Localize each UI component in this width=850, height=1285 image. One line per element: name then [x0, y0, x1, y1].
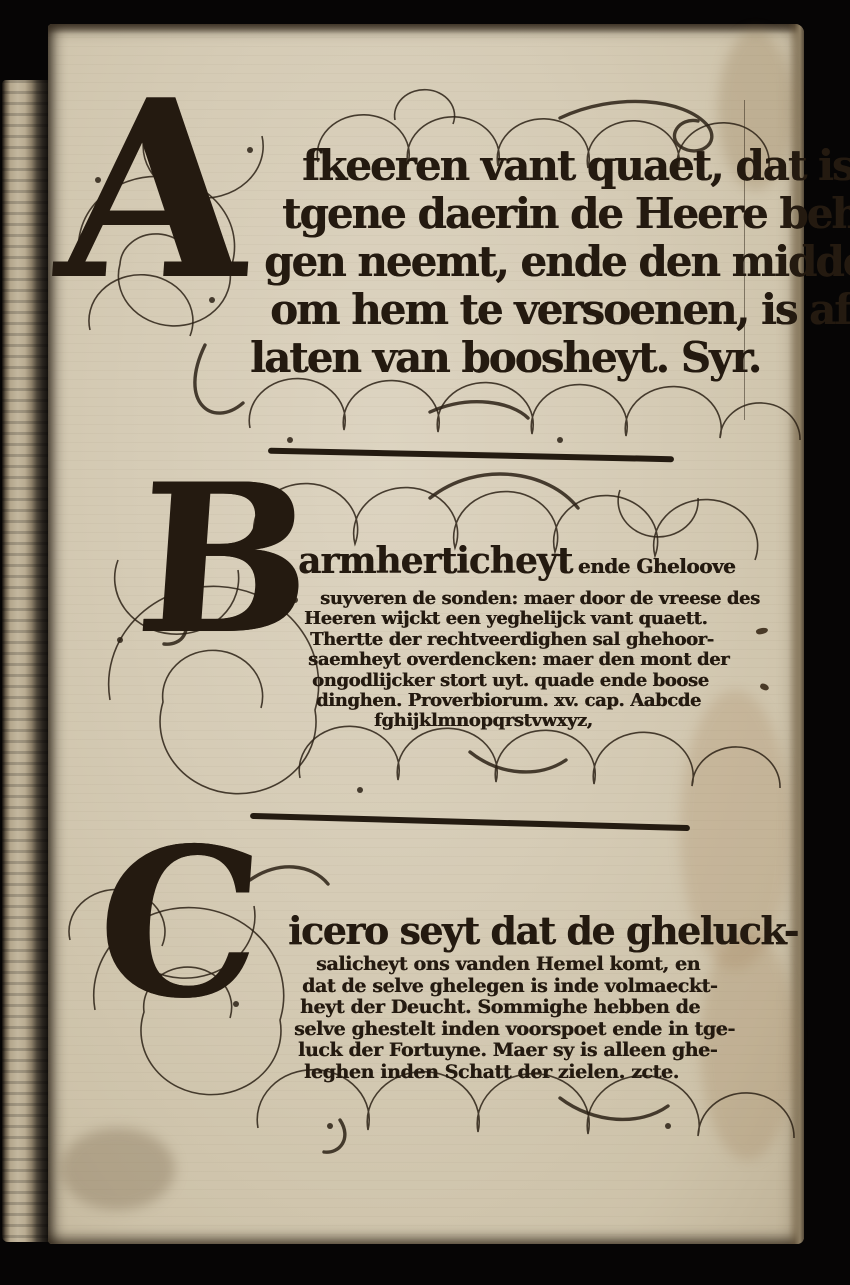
text-line: salicheyt ons vanden Hemel komt, en	[316, 954, 780, 976]
text-line: Thertte der rechtveerdighen sal ghehoor-	[310, 630, 774, 650]
text-block-1: fkeeren vant quaet, dat is tgene daerin …	[250, 142, 815, 382]
lead-words-small: ende Gheloove	[578, 554, 735, 578]
text-line: Heeren wijckt een yeghelijck vant quaett…	[304, 609, 774, 629]
text-line: ongodlijcker stort uyt. quade ende boose	[312, 671, 774, 691]
text-line: heyt der Deucht. Sommighe hebben de	[300, 997, 780, 1019]
text-block-2: suyveren de sonden: maer door de vreese …	[304, 589, 774, 732]
lead-word-large: armherticheyt	[298, 540, 572, 582]
block-2-lead-line: armherticheyt ende Gheloove	[298, 540, 735, 582]
ornate-initial-A: A	[53, 92, 257, 288]
text-line: suyveren de sonden: maer door de vreese …	[320, 589, 774, 609]
text-line: tgene daerin de Heere beha-	[282, 190, 815, 238]
text-line: fkeeren vant quaet, dat is	[302, 142, 815, 190]
text-line: laten van boosheyt. Syr.	[250, 334, 815, 382]
text-line: dinghen. Proverbiorum. xv. cap. Aabcde	[316, 691, 774, 711]
block-3-lead-line: icero seyt dat de gheluck-	[288, 908, 798, 953]
text-line: luck der Fortuyne. Maer sy is alleen ghe…	[298, 1040, 780, 1062]
text-line: om hem te versoenen, is af-	[270, 286, 815, 334]
page-top-edge	[48, 24, 804, 34]
ornate-initial-B: B	[132, 478, 317, 642]
text-line: saemheyt overdencken: maer den mont der	[308, 650, 774, 670]
book-gutter-page-edges	[2, 80, 48, 1242]
text-line: leghen inden Schatt der zielen. zcte.	[304, 1062, 780, 1084]
alphabet-line: fghijklmnopqrstvwxyz,	[374, 711, 774, 731]
text-block-3: salicheyt ons vanden Hemel komt, en dat …	[300, 954, 780, 1084]
text-line: dat de selve ghelegen is inde volmaeckt-	[302, 976, 780, 998]
text-line: selve ghestelt inden voorspoet ende in t…	[294, 1019, 780, 1041]
ornate-initial-C: C	[92, 842, 267, 1006]
book-photograph: A fkeeren vant quaet, dat is tgene daeri…	[0, 0, 850, 1285]
text-line: gen neemt, ende den middel	[264, 238, 815, 286]
